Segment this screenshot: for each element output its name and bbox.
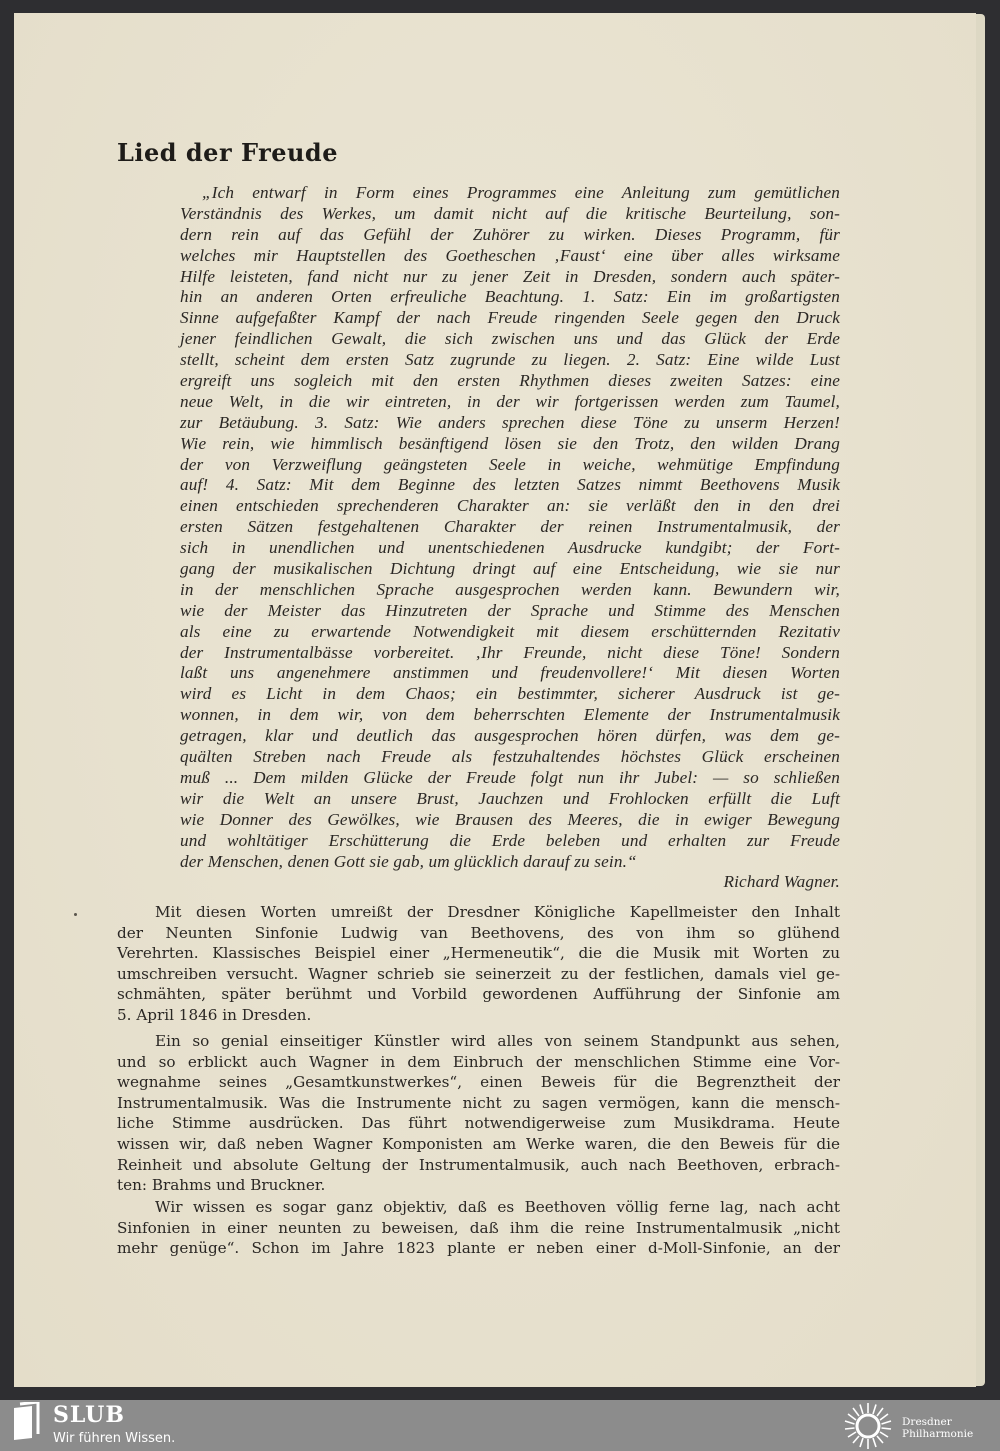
quote-line: und wohltätiger Erschütterung die Erde b… — [180, 831, 840, 852]
quote-line: laßt uns angenehmere anstimmen und freud… — [180, 663, 840, 684]
quote-line: quälten Streben nach Freude als festzuha… — [180, 747, 840, 768]
quote-line: wir die Welt an unsere Brust, Jauchzen u… — [180, 789, 840, 810]
quote-line: der von Verzweiflung geängsteten Seele i… — [180, 455, 840, 476]
quote-line: als eine zu erwartende Notwendigkeit mit… — [180, 622, 840, 643]
quote-line: sich in unendlichen und unentschiedenen … — [180, 538, 840, 559]
quote-line: getragen, klar und deutlich das ausgespr… — [180, 726, 840, 747]
quote-line: wird es Licht in dem Chaos; ein bestimmt… — [180, 684, 840, 705]
document-title: Lied der Freude — [117, 138, 338, 167]
slub-logo-name[interactable]: SLUB — [53, 1402, 125, 1428]
paragraph-line: Wir wissen es sogar ganz objektiv, daß e… — [117, 1197, 840, 1218]
quote-line: welches mir Hauptstellen des Goetheschen… — [180, 246, 840, 267]
paragraph-line: liche Stimme ausdrücken. Das führt notwe… — [117, 1113, 840, 1134]
paragraph-line: umschreiben versucht. Wagner schrieb sie… — [117, 964, 840, 985]
paragraph-line: Mit diesen Worten umreißt der Dresdner K… — [117, 902, 840, 923]
quote-line: auf! 4. Satz: Mit dem Beginne des letzte… — [180, 475, 840, 496]
quote-line: Wie rein, wie himmlisch besänftigend lös… — [180, 434, 840, 455]
quote-line: wie der Meister das Hinzutreten der Spra… — [180, 601, 840, 622]
quote-line: „Ich entwarf in Form eines Programmes ei… — [180, 183, 840, 204]
quote-line: jener feindlichen Gewalt, die sich zwisc… — [180, 329, 840, 350]
paragraph-line: und so erblickt auch Wagner in dem Einbr… — [117, 1052, 840, 1073]
quote-author: Richard Wagner. — [180, 872, 840, 893]
quote-line: ersten Sätzen festgehaltenen Charakter d… — [180, 517, 840, 538]
paragraph-line: Sinfonien in einer neunten zu beweisen, … — [117, 1218, 840, 1239]
paragraph-1: Mit diesen Worten umreißt der Dresdner K… — [117, 902, 840, 1026]
paragraph-line: ten: Brahms und Bruckner. — [117, 1175, 840, 1196]
paragraph-line: schmähten, später berühmt und Vorbild ge… — [117, 984, 840, 1005]
paragraph-line: 5. April 1846 in Dresden. — [117, 1005, 840, 1026]
dresdner-philharmonie-logo-text[interactable]: Dresdner Philharmonie — [902, 1416, 973, 1440]
quote-line: zur Betäubung. 3. Satz: Wie anders sprec… — [180, 413, 840, 434]
quote-line: dern rein auf das Gefühl der Zuhörer zu … — [180, 225, 840, 246]
paragraph-line: Instrumentalmusik. Was die Instrumente n… — [117, 1093, 840, 1114]
quote-line: der Instrumentalbässe vorbereitet. ‚Ihr … — [180, 643, 840, 664]
quote-line: neue Welt, in die wir eintreten, in der … — [180, 392, 840, 413]
paragraph-line: der Neunten Sinfonie Ludwig van Beethove… — [117, 923, 840, 944]
quote-line: wonnen, in dem wir, von dem beherrschten… — [180, 705, 840, 726]
quote-line: hin an anderen Orten erfreuliche Beachtu… — [180, 287, 840, 308]
quote-line: einen entschieden sprechenderen Charakte… — [180, 496, 840, 517]
paragraph-line: mehr genüge“. Schon im Jahre 1823 plante… — [117, 1238, 840, 1259]
quote-line: Sinne aufgefaßter Kampf der nach Freude … — [180, 308, 840, 329]
quote-line: der Menschen, denen Gott sie gab, um glü… — [180, 852, 840, 873]
quote-line: gang der musikalischen Dichtung dringt a… — [180, 559, 840, 580]
scan-speck — [74, 913, 77, 916]
quote-line: Hilfe leisteten, fand nicht nur zu jener… — [180, 267, 840, 288]
paragraph-line: wegnahme seines „Gesamtkunstwerkes“, ein… — [117, 1072, 840, 1093]
quote-line: in der menschlichen Sprache ausgesproche… — [180, 580, 840, 601]
paragraph-line: Reinheit und absolute Geltung der Instru… — [117, 1155, 840, 1176]
logo-line-2: Philharmonie — [902, 1428, 973, 1440]
quote-line: Verständnis des Werkes, um damit nicht a… — [180, 204, 840, 225]
quote-line: stellt, scheint dem ersten Satz zugrunde… — [180, 350, 840, 371]
paragraph-3: Wir wissen es sogar ganz objektiv, daß e… — [117, 1197, 840, 1259]
slub-book-icon[interactable] — [12, 1402, 42, 1442]
page-edge — [976, 14, 985, 1386]
quote-line: ergreift uns sogleich mit den ersten Rhy… — [180, 371, 840, 392]
paragraph-2: Ein so genial einseitiger Künstler wird … — [117, 1031, 840, 1196]
slub-logo-tagline: Wir führen Wissen. — [53, 1431, 175, 1446]
dresdner-philharmonie-sunburst-icon[interactable] — [843, 1401, 893, 1451]
paragraph-line: Verehrten. Klassisches Beispiel einer „H… — [117, 943, 840, 964]
logo-line-1: Dresdner — [902, 1416, 973, 1428]
paragraph-line: Ein so genial einseitiger Künstler wird … — [117, 1031, 840, 1052]
quote-line: muß ... Dem milden Glücke der Freude fol… — [180, 768, 840, 789]
quote-line: wie Donner des Gewölkes, wie Brausen des… — [180, 810, 840, 831]
paragraph-line: wissen wir, daß neben Wagner Komponisten… — [117, 1134, 840, 1155]
wagner-quote: „Ich entwarf in Form eines Programmes ei… — [180, 183, 840, 893]
